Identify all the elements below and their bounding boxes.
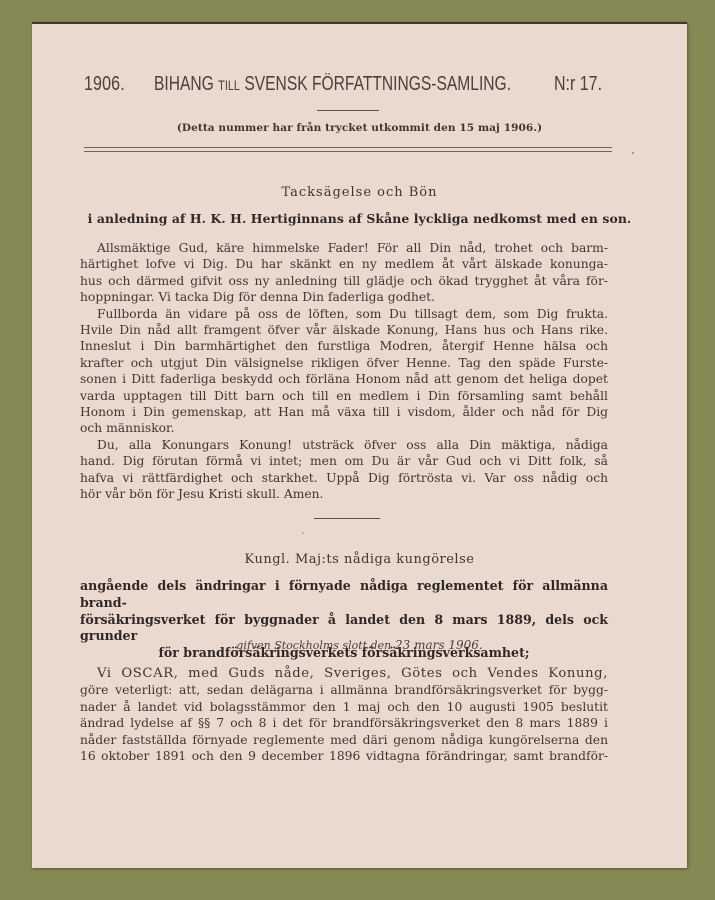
paragraph: Fullborda än vidare på oss de löften, so… <box>80 306 608 437</box>
text-line: och människor. <box>80 420 608 436</box>
document-page: 1906. BIHANG TILL SVENSK FÖRFATTNINGS-SA… <box>32 22 687 868</box>
text-line: varda upptagen till Ditt barn och till e… <box>80 388 608 404</box>
text-line: ändrad lydelse af §§ 7 och 8 i det för b… <box>80 715 608 731</box>
section1-body: Allsmäktige Gud, käre himmelske Fader! F… <box>80 240 608 503</box>
text-line: 16 oktober 1891 och den 9 december 1896 … <box>80 748 608 764</box>
paper-speck <box>302 532 304 534</box>
paragraph: Vi OSCAR, med Guds nåde, Sveriges, Götes… <box>80 666 608 764</box>
paragraph: Du, alla Konungars Konung! utsträck öfve… <box>80 437 608 503</box>
section2-body: Vi OSCAR, med Guds nåde, Sveriges, Götes… <box>80 666 608 764</box>
text-line: hafva vi rättfärdighet och starkhet. Upp… <box>80 470 608 486</box>
header-title: BIHANG TILL SVENSK FÖRFATTNINGS-SAMLING. <box>154 73 511 96</box>
section1-subtitle: i anledning af H. K. H. Hertiginnans af … <box>32 211 687 226</box>
subtitle-line: angående dels ändringar i förnyade nådig… <box>80 578 608 612</box>
text-line: hoppningar. Vi tacka Dig för denna Din f… <box>80 289 608 305</box>
paper-speck <box>632 152 634 154</box>
text-line: Honom i Din gemenskap, att Han må växa t… <box>80 404 608 420</box>
header-double-rule <box>84 147 612 152</box>
text-line: Vi OSCAR, med Guds nåde, Sveriges, Götes… <box>80 666 608 682</box>
publication-note: (Detta nummer har från trycket utkommit … <box>32 122 687 134</box>
text-line: sonen i Ditt faderliga beskydd och förlä… <box>80 371 608 387</box>
header-title-part2: SVENSK FÖRFATTNINGS-SAMLING. <box>244 73 511 95</box>
text-line: nader å landet vid bolagsstämmor den 1 m… <box>80 699 608 715</box>
section1-title: Tacksägelse och Bön <box>32 185 687 200</box>
text-line: Du, alla Konungars Konung! utsträck öfve… <box>80 437 608 453</box>
text-line: göre veterligt: att, sedan delägarna i a… <box>80 682 608 698</box>
text-line: nåder fastställda förnyade reglemente me… <box>80 732 608 748</box>
header-title-small: TILL <box>218 77 240 93</box>
header-divider <box>317 110 379 111</box>
text-line: hand. Dig förutan förmå vi intet; men om… <box>80 453 608 469</box>
text-line: härtighet lofve vi Dig. Du har skänkt en… <box>80 256 608 272</box>
text-line: Allsmäktige Gud, käre himmelske Fader! F… <box>80 240 608 256</box>
text-line: Inneslut i Din barmhärtighet den furstli… <box>80 338 608 354</box>
text-line: Fullborda än vidare på oss de löften, so… <box>80 306 608 322</box>
text-line: krafter och utgjut Din välsignelse rikli… <box>80 355 608 371</box>
section-divider <box>314 518 380 519</box>
given-line: gifven Stockholms slott den 23 mars 1906… <box>32 638 687 652</box>
given-prefix: gifven Stockholms slott den <box>236 639 391 652</box>
text-line: hör vår bön för Jesu Kristi skull. Amen. <box>80 486 608 502</box>
header-title-part1: BIHANG <box>154 73 214 95</box>
header-year: 1906. <box>84 73 125 96</box>
text-line: Hvile Din nåd allt framgent öfver vår äl… <box>80 322 608 338</box>
paragraph: Allsmäktige Gud, käre himmelske Fader! F… <box>80 240 608 306</box>
text-line: hus och därmed gifvit oss ny anledning t… <box>80 273 608 289</box>
header-number: N:r 17. <box>554 73 602 96</box>
section2-title: Kungl. Maj:ts nådiga kungörelse <box>32 552 687 567</box>
given-date: 23 mars 1906. <box>395 638 483 652</box>
